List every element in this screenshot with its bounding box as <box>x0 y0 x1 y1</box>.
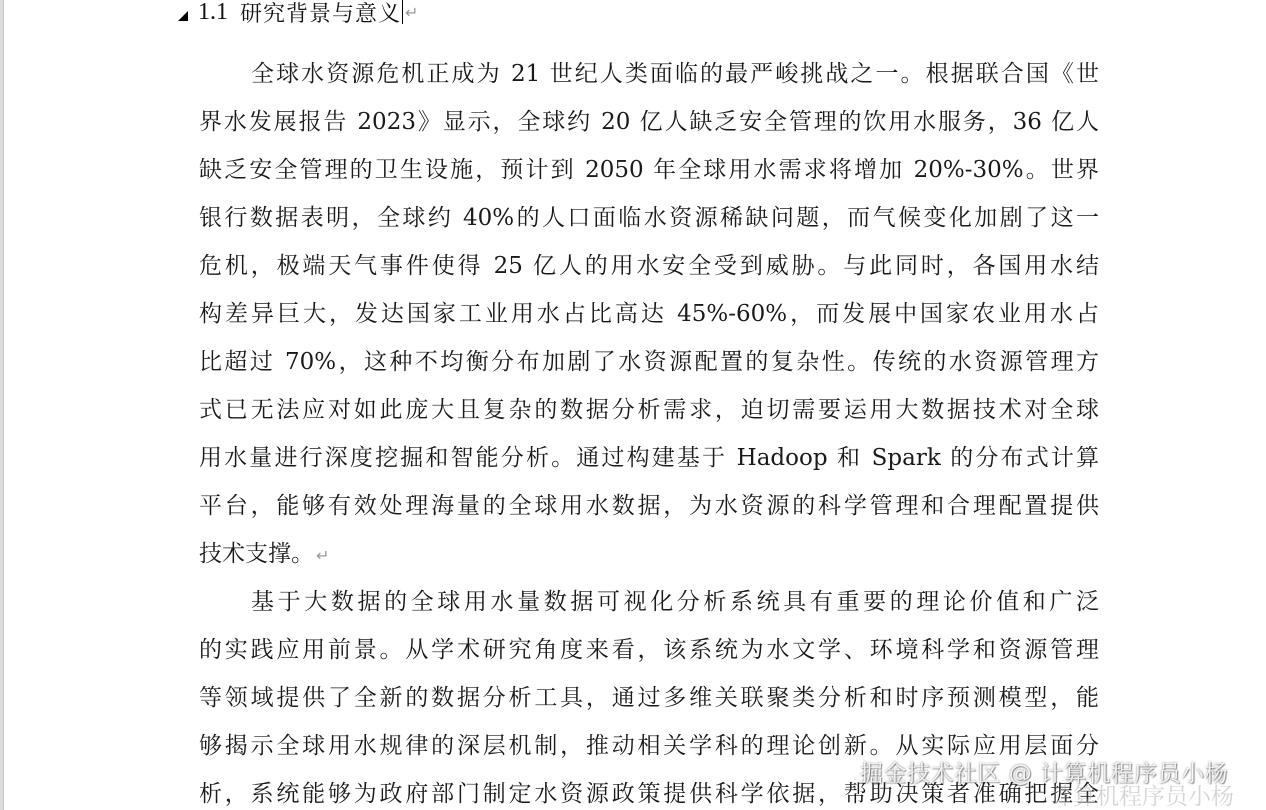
paragraph-line: 危机，极端天气事件使得 25 亿人的用水安全受到威胁。与此同时，各国用水结 <box>199 242 1099 290</box>
paragraph-line: 全球水资源危机正成为 21 世纪人类面临的最严峻挑战之一。根据联合国《世 <box>199 50 1099 98</box>
paragraph-line: 等领域提供了全新的数据分析工具，通过多维关联聚类分析和时序预测模型，能 <box>199 674 1099 722</box>
paragraph-line: 比超过 70%，这种不均衡分布加剧了水资源配置的复杂性。传统的水资源管理方 <box>199 338 1099 386</box>
paragraph-line: 平台，能够有效处理海量的全球用水数据，为水资源的科学管理和合理配置提供 <box>199 482 1099 530</box>
paragraph-mark-icon: ↵ <box>405 3 418 22</box>
paragraph-mark-icon: ↵ <box>316 546 329 565</box>
document-page[interactable]: 1.1 研究背景与意义 ↵ 全球水资源危机正成为 21 世纪人类面临的最严峻挑战… <box>0 0 1266 810</box>
paragraph-line-text: 技术支撑。 <box>199 541 314 567</box>
heading-number: 1.1 <box>198 0 228 26</box>
paragraph-line: 界水发展报告 2023》显示，全球约 20 亿人缺乏安全管理的饮用水服务，36 … <box>199 98 1099 146</box>
paragraph-line: 构差异巨大，发达国家工业用水占比高达 45%-60%，而发展中国家农业用水占 <box>199 290 1099 338</box>
section-heading[interactable]: 1.1 研究背景与意义 ↵ <box>178 0 418 30</box>
paragraph-line: 用水量进行深度挖掘和智能分析。通过构建基于 Hadoop 和 Spark 的分布… <box>199 434 1099 482</box>
heading-title: 研究背景与意义 <box>240 0 401 28</box>
paragraph-line: 银行数据表明，全球约 40%的人口面临水资源稀缺问题，而气候变化加剧了这一 <box>199 194 1099 242</box>
paragraph-line-last: 技术支撑。↵ <box>199 530 1099 578</box>
text-cursor <box>402 0 403 24</box>
paragraph-line: 缺乏安全管理的卫生设施，预计到 2050 年全球用水需求将增加 20%-30%。… <box>199 146 1099 194</box>
watermark: 掘金技术社区 @ 计算机程序员小杨 <box>860 755 1228 788</box>
paragraph-line: 的实践应用前景。从学术研究角度来看，该系统为水文学、环境科学和资源管理 <box>199 626 1099 674</box>
collapse-triangle-icon[interactable] <box>178 11 188 21</box>
paragraph-line: 基于大数据的全球用水量数据可视化分析系统具有重要的理论价值和广泛 <box>199 578 1099 626</box>
paragraph-line: 式已无法应对如此庞大且复杂的数据分析需求，迫切需要运用大数据技术对全球 <box>199 386 1099 434</box>
